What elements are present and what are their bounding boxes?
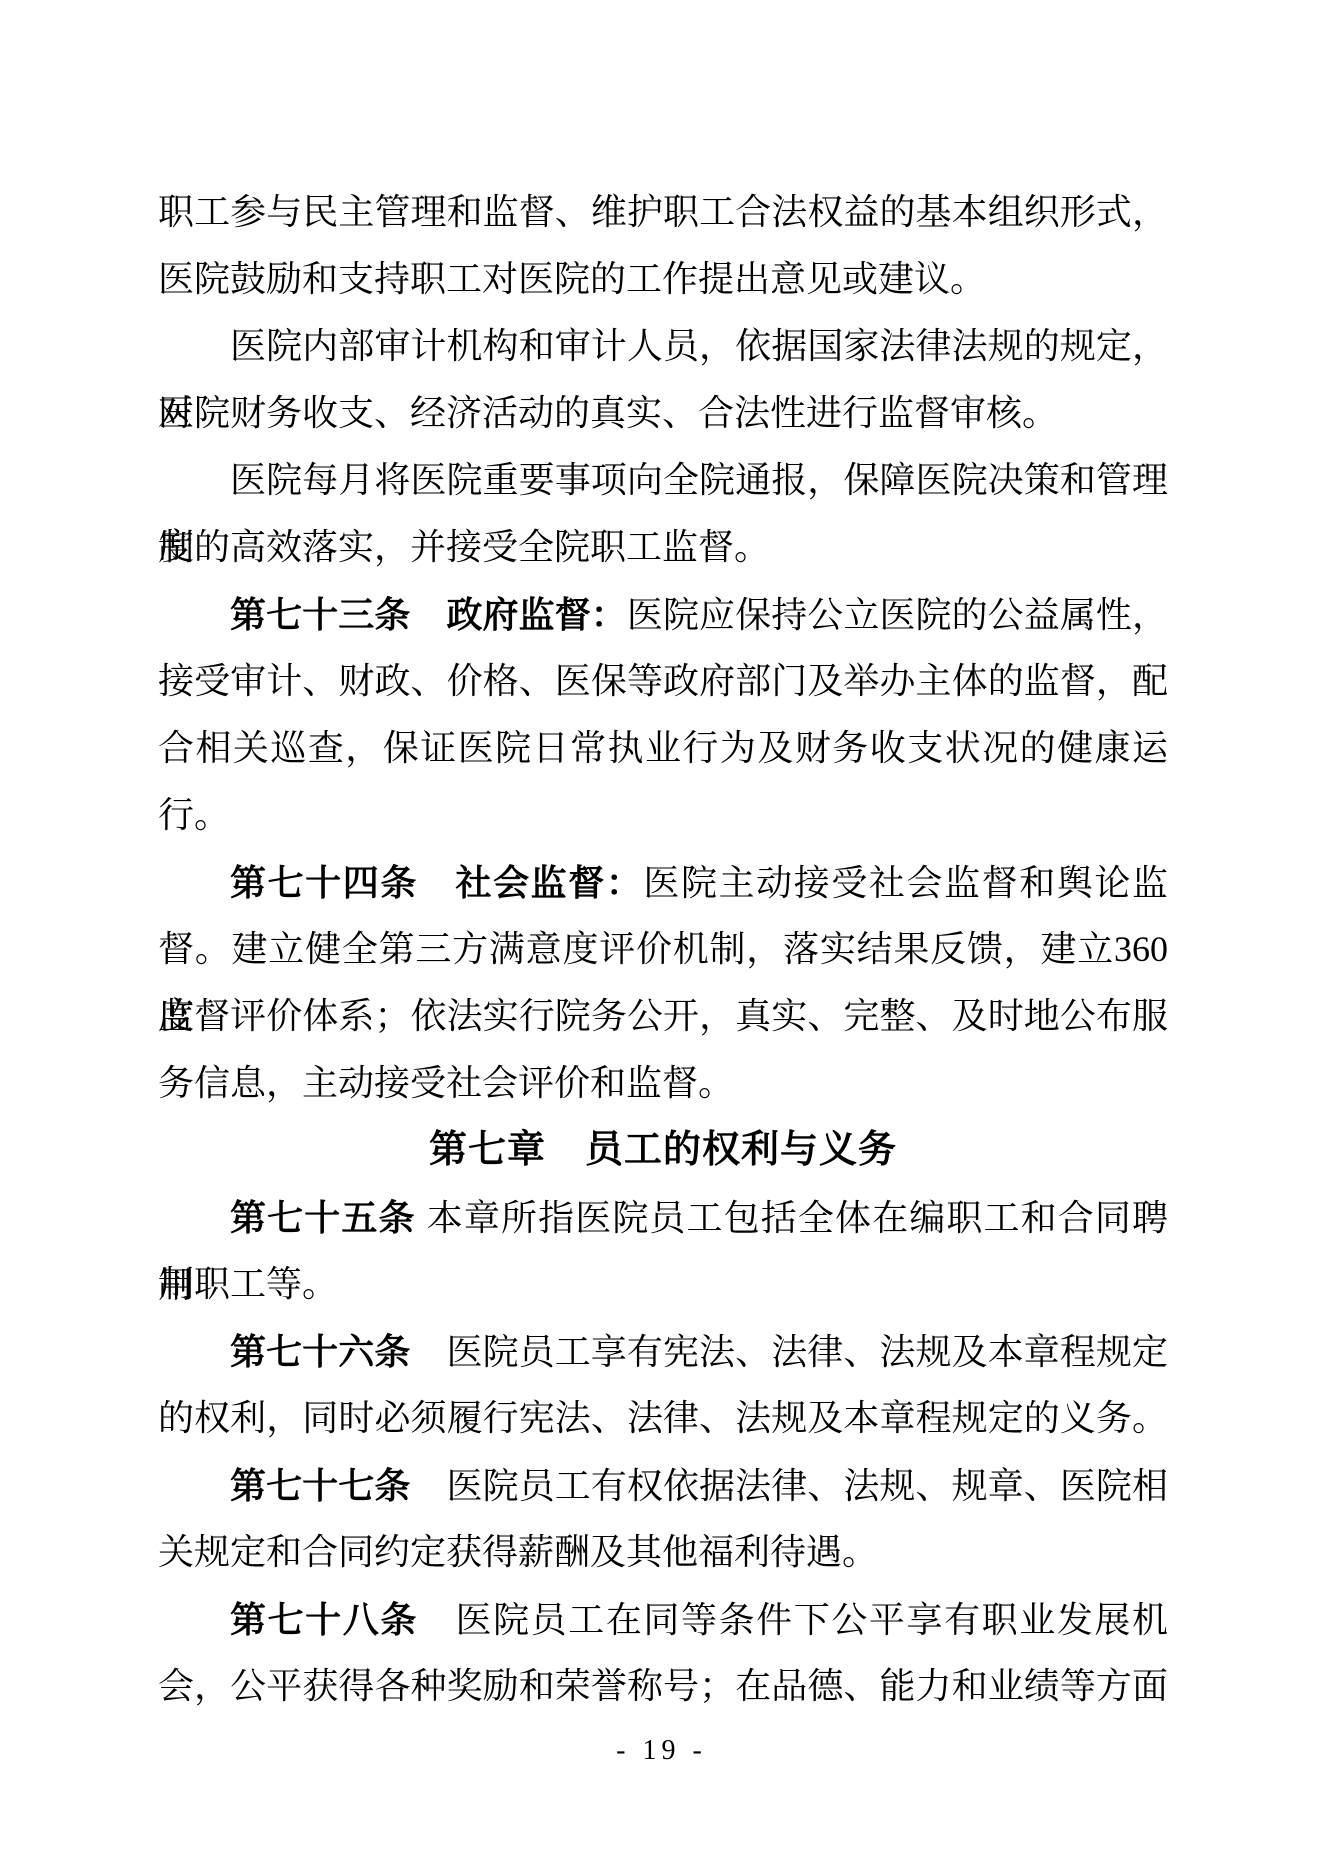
text-line: 关规定和合同约定获得薪酬及其他福利待遇。 <box>158 1519 1168 1586</box>
text-run: 职工参与民主管理和监督、维护职工合法权益的基本组织形式， <box>158 192 1168 232</box>
text-line: 医院鼓励和支持职工对医院的工作提出意见或建议。 <box>158 246 1168 313</box>
text-line: 第七十四条 社会监督：医院主动接受社会监督和舆论监 <box>158 849 1168 916</box>
text-line: 督。建立健全第三方满意度评价机制，落实结果反馈，建立360度 <box>158 916 1168 983</box>
text-line: 务信息，主动接受社会评价和监督。 <box>158 1050 1168 1117</box>
text-run: 关规定和合同约定获得薪酬及其他福利待遇。 <box>158 1532 878 1572</box>
document-page: 职工参与民主管理和监督、维护职工合法权益的基本组织形式，医院鼓励和支持职工对医院… <box>0 0 1323 1871</box>
text-line: 医院内部审计机构和审计人员，依据国家法律法规的规定，对 <box>158 313 1168 380</box>
text-run: 度的高效落实，并接受全院职工监督。 <box>158 527 770 567</box>
text-line: 度的高效落实，并接受全院职工监督。 <box>158 514 1168 581</box>
bold-text-run: 第七十七条 <box>230 1465 446 1506</box>
text-run: 制职工等。 <box>158 1264 338 1304</box>
text-run: 的权利，同时必须履行宪法、法律、法规及本章程规定的义务。 <box>158 1398 1168 1438</box>
text-run: 医院鼓励和支持职工对医院的工作提出意见或建议。 <box>158 259 986 299</box>
text-run: 务信息，主动接受社会评价和监督。 <box>158 1063 734 1103</box>
text-run: 医院主动接受社会监督和舆论监 <box>643 863 1168 903</box>
text-line: 接受审计、财政、价格、医保等政府部门及举办主体的监督，配 <box>158 648 1168 715</box>
text-run: 会，公平获得各种奖励和荣誉称号；在品德、能力和业绩等方面 <box>158 1666 1168 1706</box>
text-run: 监督评价体系；依法实行院务公开，真实、完整、及时地公布服 <box>158 996 1168 1036</box>
text-line: 第七十六条 医院员工享有宪法、法律、法规及本章程规定 <box>158 1318 1168 1385</box>
text-run: 医院员工享有宪法、法律、法规及本章程规定 <box>446 1332 1168 1372</box>
text-line: 职工参与民主管理和监督、维护职工合法权益的基本组织形式， <box>158 179 1168 246</box>
text-run: 接受审计、财政、价格、医保等政府部门及举办主体的监督，配 <box>158 661 1168 701</box>
page-number: - 19 - <box>0 1733 1323 1769</box>
text-line: 第七十八条 医院员工在同等条件下公平享有职业发展机 <box>158 1586 1168 1653</box>
text-run: 医院财务收支、经济活动的真实、合法性进行监督审核。 <box>158 393 1058 433</box>
text-line: 的权利，同时必须履行宪法、法律、法规及本章程规定的义务。 <box>158 1385 1168 1452</box>
text-line: 合相关巡查，保证医院日常执业行为及财务收支状况的健康运 <box>158 715 1168 782</box>
text-line: 第七十七条 医院员工有权依据法律、法规、规章、医院相 <box>158 1452 1168 1519</box>
document-body: 职工参与民主管理和监督、维护职工合法权益的基本组织形式，医院鼓励和支持职工对医院… <box>158 179 1168 1720</box>
text-line: 制职工等。 <box>158 1251 1168 1318</box>
text-run: 合相关巡查，保证医院日常执业行为及财务收支状况的健康运 <box>158 728 1168 768</box>
text-line: 医院财务收支、经济活动的真实、合法性进行监督审核。 <box>158 380 1168 447</box>
text-run: 医院应保持公立医院的公益属性， <box>627 595 1168 635</box>
text-run: 医院员工有权依据法律、法规、规章、医院相 <box>446 1466 1168 1506</box>
text-line: 第七十五条 本章所指医院员工包括全体在编职工和合同聘用 <box>158 1184 1168 1251</box>
text-line: 医院每月将医院重要事项向全院通报，保障医院决策和管理制 <box>158 447 1168 514</box>
text-line: 监督评价体系；依法实行院务公开，真实、完整、及时地公布服 <box>158 983 1168 1050</box>
text-run: 行。 <box>158 795 230 835</box>
text-run: 医院员工在同等条件下公平享有职业发展机 <box>456 1600 1168 1640</box>
text-line: 第七十三条 政府监督：医院应保持公立医院的公益属性， <box>158 581 1168 648</box>
chapter-heading: 第七章 员工的权利与义务 <box>158 1117 1168 1184</box>
bold-text-run: 第七十五条 <box>230 1197 427 1238</box>
text-line: 会，公平获得各种奖励和荣誉称号；在品德、能力和业绩等方面 <box>158 1653 1168 1720</box>
bold-text-run: 第七十六条 <box>230 1331 446 1372</box>
bold-text-run: 第七十三条 政府监督： <box>230 594 627 635</box>
bold-text-run: 第七章 员工的权利与义务 <box>429 1129 897 1171</box>
bold-text-run: 第七十四条 社会监督： <box>230 862 643 903</box>
bold-text-run: 第七十八条 <box>230 1599 456 1640</box>
text-line: 行。 <box>158 782 1168 849</box>
